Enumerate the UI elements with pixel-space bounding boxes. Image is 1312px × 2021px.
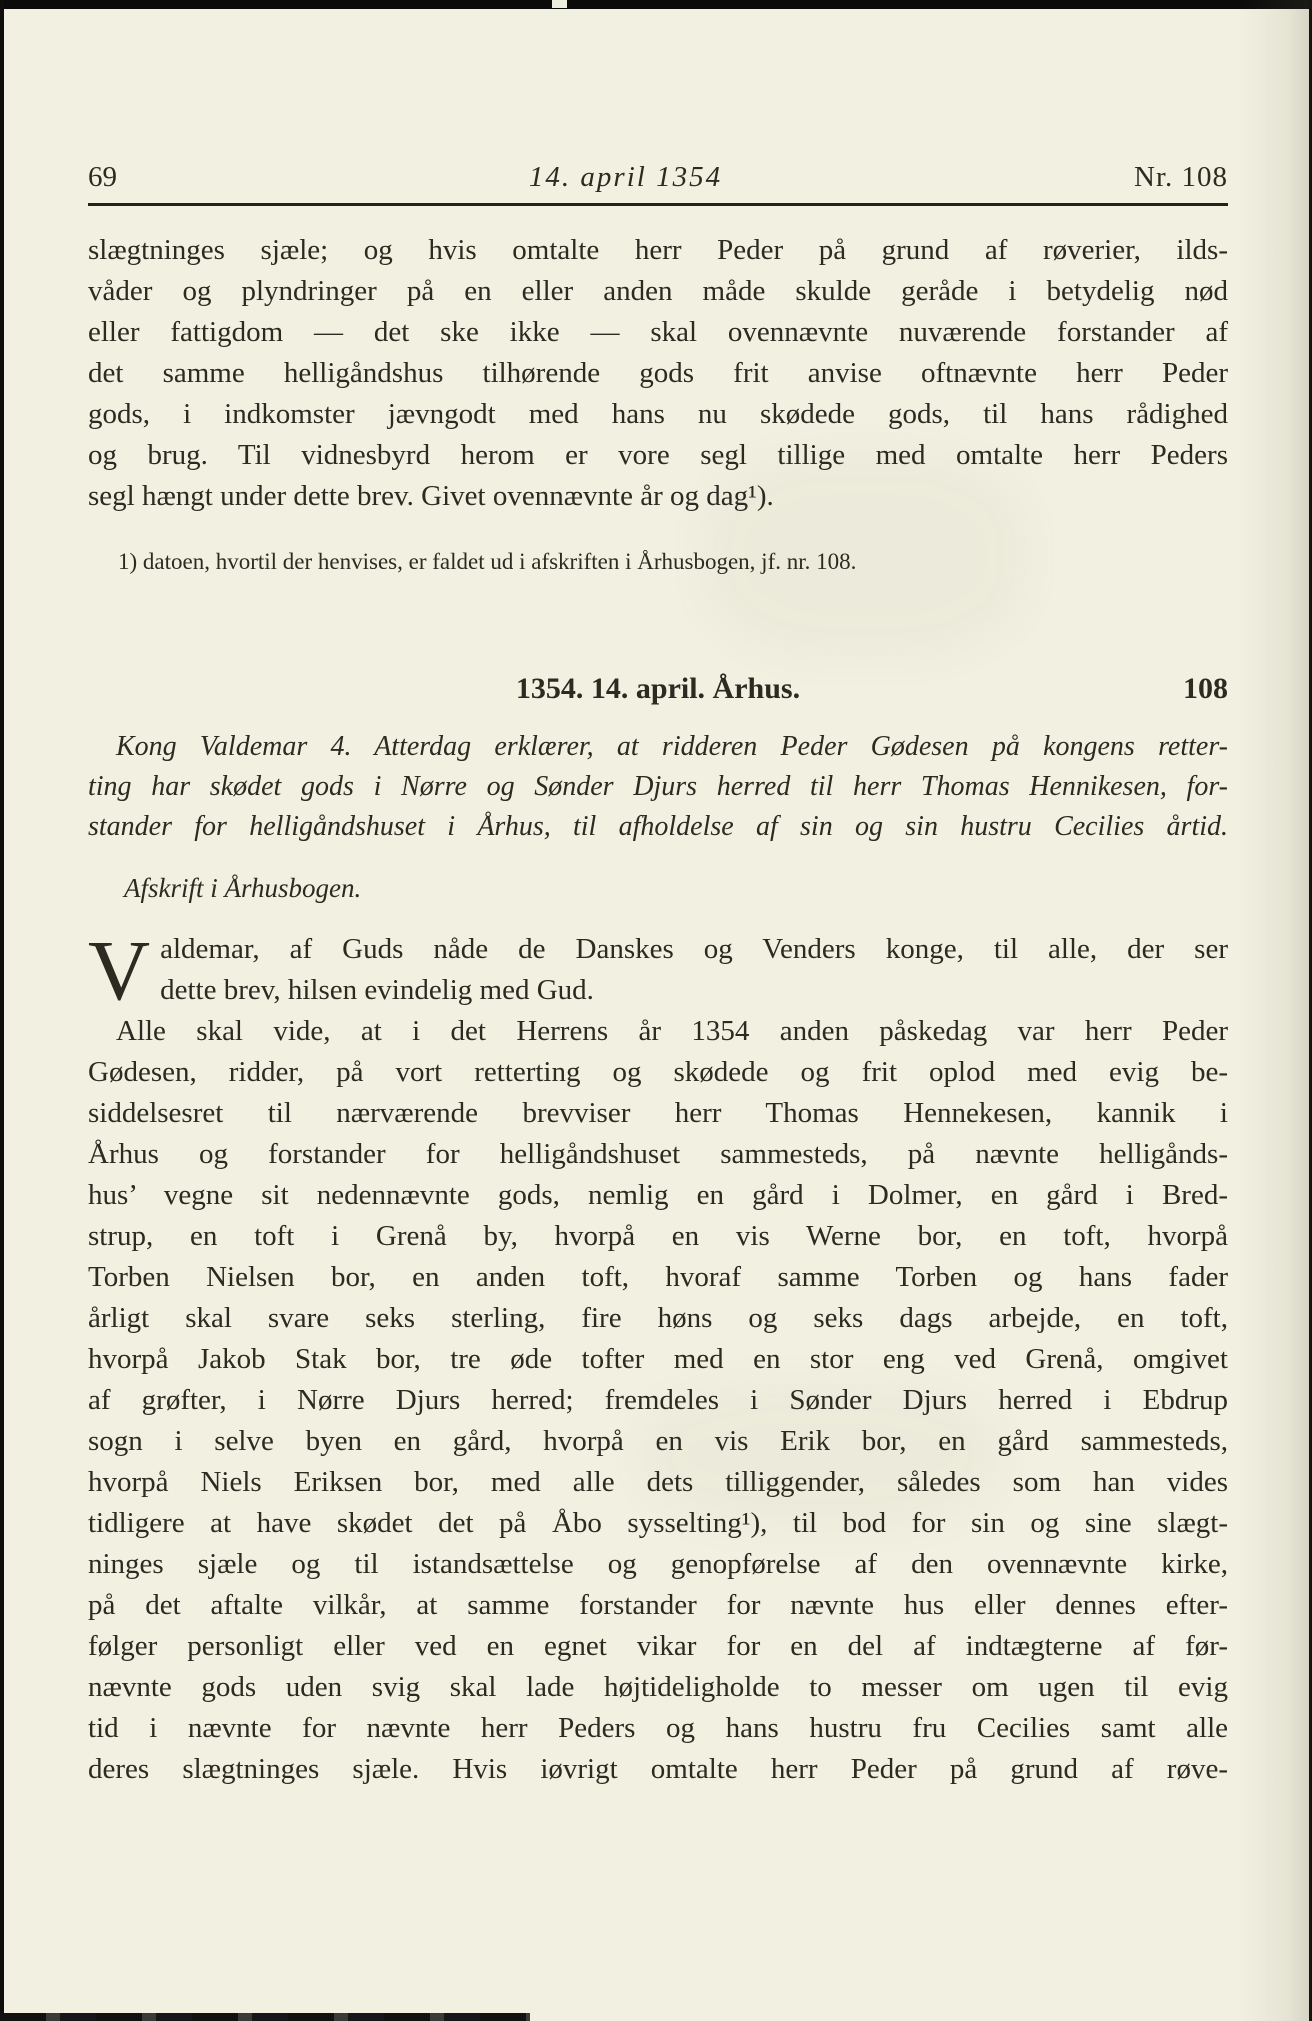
page-content: 69 14. april 1354 Nr. 108 slægtninges sj… bbox=[88, 0, 1228, 1790]
entry-108-summary: Kong Valdemar 4. Atterdag erklærer, at r… bbox=[88, 727, 1228, 847]
text-line: ninges sjæle og til istandsættelse og ge… bbox=[88, 1544, 1228, 1585]
page-number: 69 bbox=[88, 160, 117, 194]
text-line: nævnte gods uden svig skal lade højtidel… bbox=[88, 1667, 1228, 1708]
text-line: Gødesen, ridder, på vort retterting og s… bbox=[88, 1052, 1228, 1093]
text-line: hus’ vegne sit nedennævnte gods, nemlig … bbox=[88, 1175, 1228, 1216]
text-line: følger personligt eller ved en egnet vik… bbox=[88, 1626, 1228, 1667]
text-line: gods, i indkomster jævngodt med hans nu … bbox=[88, 394, 1228, 435]
scan-edge-left bbox=[0, 0, 4, 2021]
text-line: tid i nævnte for nævnte herr Peders og h… bbox=[88, 1708, 1228, 1749]
entry-108-number: 108 bbox=[1183, 671, 1228, 707]
text-line: hvorpå Jakob Stak bor, tre øde tofter me… bbox=[88, 1339, 1228, 1380]
text-line: på det aftalte vilkår, at samme forstand… bbox=[88, 1585, 1228, 1626]
header-rule bbox=[88, 203, 1228, 206]
entry-108-date-heading: 1354. 14. april. Århus. bbox=[516, 672, 800, 705]
scan-edge-top bbox=[0, 0, 1312, 9]
scanned-book-page: 69 14. april 1354 Nr. 108 slægtninges sj… bbox=[0, 0, 1312, 2021]
text-line: hvorpå Niels Eriksen bor, med alle dets … bbox=[88, 1462, 1228, 1503]
text-line: Århus og forstander for helligåndshuset … bbox=[88, 1134, 1228, 1175]
scan-edge-notch bbox=[552, 0, 567, 8]
running-head-number: Nr. 108 bbox=[1134, 160, 1228, 194]
scan-edge-bottom bbox=[0, 2013, 530, 2021]
running-head-date: 14. april 1354 bbox=[529, 160, 722, 194]
text-line: deres slægtninges sjæle. Hvis iøvrigt om… bbox=[88, 1749, 1228, 1790]
text-line: tidligere at have skødet det på Åbo syss… bbox=[88, 1503, 1228, 1544]
drop-cap-initial: V bbox=[88, 929, 160, 1011]
text-line: aldemar, af Guds nåde de Danskes og Vend… bbox=[88, 929, 1228, 970]
text-line: Alle skal vide, at i det Herrens år 1354… bbox=[88, 1011, 1228, 1052]
text-line: ting har skødet gods i Nørre og Sønder D… bbox=[88, 767, 1228, 807]
text-line: siddelsesret til nærværende brevviser he… bbox=[88, 1093, 1228, 1134]
entry-108-heading: 1354. 14. april. Århus. 108 bbox=[88, 671, 1228, 707]
text-line: af grøfter, i Nørre Djurs herred; fremde… bbox=[88, 1380, 1228, 1421]
text-line: årligt skal svare seks sterling, fire hø… bbox=[88, 1298, 1228, 1339]
text-line: eller fattigdom — det ske ikke — skal ov… bbox=[88, 312, 1228, 353]
page-curl-shadow bbox=[1239, 0, 1309, 2021]
entry-108-body-paragraph: Alle skal vide, at i det Herrens år 1354… bbox=[88, 1011, 1228, 1790]
text-line: Kong Valdemar 4. Atterdag erklærer, at r… bbox=[88, 727, 1228, 767]
text-line: våder og plyndringer på en eller anden m… bbox=[88, 271, 1228, 312]
text-line: slægtninges sjæle; og hvis omtalte herr … bbox=[88, 230, 1228, 271]
entry-107-closing-paragraph: slægtninges sjæle; og hvis omtalte herr … bbox=[88, 230, 1228, 517]
text-line: dette brev, hilsen evindelig med Gud. bbox=[88, 970, 1228, 1011]
text-line: strup, en toft i Grenå by, hvorpå en vis… bbox=[88, 1216, 1228, 1257]
source-note: Afskrift i Århusbogen. bbox=[88, 871, 1228, 905]
text-line: Torben Nielsen bor, en anden toft, hvora… bbox=[88, 1257, 1228, 1298]
running-head: 69 14. april 1354 Nr. 108 bbox=[88, 0, 1228, 194]
text-line: segl hængt under dette brev. Givet ovenn… bbox=[88, 476, 1228, 517]
footnote: 1) datoen, hvortil der henvises, er fald… bbox=[88, 547, 1228, 577]
text-line: og brug. Til vidnesbyrd herom er vore se… bbox=[88, 435, 1228, 476]
entry-108-salutation: V aldemar, af Guds nåde de Danskes og Ve… bbox=[88, 929, 1228, 1011]
text-line: det samme helligåndshus tilhørende gods … bbox=[88, 353, 1228, 394]
text-line: sogn i selve byen en gård, hvorpå en vis… bbox=[88, 1421, 1228, 1462]
text-line: stander for helligåndshuset i Århus, til… bbox=[88, 807, 1228, 847]
